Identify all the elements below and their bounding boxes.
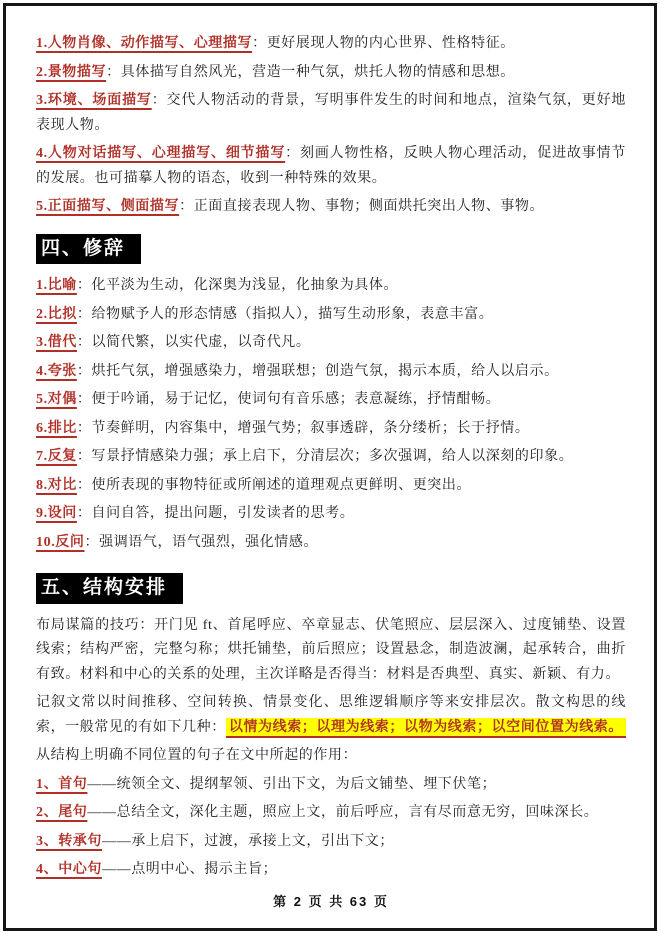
item-text: ：具体描写自然风光，营造一种气氛，烘托人物的情感和思想。 [106,65,515,80]
rhetoric-item: 10.反问：强调语气，语气强烈，强化情感。 [36,531,626,556]
rhetoric-item: 1.比喻：化平淡为生动，化深奥为浅显，化抽象为具体。 [36,274,626,299]
item-label: 4.人物对话描写、心理描写、细节描写 [36,146,285,161]
description-item: 1.人物肖像、动作描写、心理描写：更好展现人物的内心世界、性格特征。 [36,32,626,57]
description-item: 4.人物对话描写、心理描写、细节描写：刻画人物性格，反映人物心理活动，促进故事情… [36,142,626,191]
item-text: ——点明中心、揭示主旨； [102,862,277,877]
item-label: 2.比拟 [36,307,77,322]
item-label: 3.环境、场面描写 [36,93,152,108]
item-text: ：烘托气氛，增强感染力，增强联想；创造气氛，揭示本质，给人以启示。 [77,364,559,379]
document-page: 1.人物肖像、动作描写、心理描写：更好展现人物的内心世界、性格特征。 2.景物描… [0,0,660,934]
item-label: 9.设问 [36,506,77,521]
item-label: 2.景物描写 [36,65,106,80]
item-label: 1.人物肖像、动作描写、心理描写 [36,36,252,51]
item-text: ：给物赋予人的形态情感（指拟人），描写生动形象，表意丰富。 [77,307,493,322]
position-item: 4、中心句——点明中心、揭示主旨； [36,858,626,883]
item-label: 5.对偶 [36,392,77,407]
item-label: 10.反问 [36,535,85,550]
rhetoric-item: 2.比拟：给物赋予人的形态情感（指拟人），描写生动形象，表意丰富。 [36,303,626,328]
item-text: ：以简代繁，以实代虚，以奇代凡。 [77,335,311,350]
highlighted-text: 以情为线索；以理为线索；以物为线索；以空间位置为线索。 [226,718,626,738]
item-label: 8.对比 [36,478,77,493]
item-text: ：节奏鲜明，内容集中，增强气势；叙事透辟，条分缕析；长于抒情。 [77,421,530,436]
section-heading-row: 五、结构安排 [36,573,626,604]
rhetoric-item: 7.反复：写景抒情感染力强；承上启下，分清层次；多次强调，给人以深刻的印象。 [36,445,626,470]
description-item: 5.正面描写、侧面描写：正面直接表现人物、事物；侧面烘托突出人物、事物。 [36,195,626,220]
item-text: ：正面直接表现人物、事物；侧面烘托突出人物、事物。 [179,199,544,214]
item-label: 3、转承句 [36,834,102,849]
section-heading-row: 四、修辞 [36,234,626,265]
item-text: ：强调语气，语气强烈，强化情感。 [85,535,319,550]
page-border-frame: 1.人物肖像、动作描写、心理描写：更好展现人物的内心世界、性格特征。 2.景物描… [3,3,657,931]
item-label: 2、尾句 [36,805,87,820]
section-heading-structure: 五、结构安排 [36,573,183,604]
page-number-footer: 第 2 页 共 63 页 [36,891,626,918]
section-heading-rhetoric: 四、修辞 [36,234,141,265]
rhetoric-item: 9.设问：自问自答，提出问题，引发读者的思考。 [36,502,626,527]
item-text: ：更好展现人物的内心世界、性格特征。 [252,36,515,51]
rhetoric-item: 3.借代：以简代繁，以实代虚，以奇代凡。 [36,331,626,356]
item-label: 7.反复 [36,449,77,464]
item-text: ：自问自答，提出问题，引发读者的思考。 [77,506,354,521]
item-text: ——承上启下，过渡，承接上文，引出下文； [102,834,394,849]
position-item: 3、转承句——承上启下，过渡，承接上文，引出下文； [36,830,626,855]
item-label: 4、中心句 [36,862,102,877]
item-text: ——总结全文，深化主题，照应上文，前后呼应，言有尽而意无穷，回味深长。 [87,805,598,820]
rhetoric-item: 6.排比：节奏鲜明，内容集中，增强气势；叙事透辟，条分缕析；长于抒情。 [36,417,626,442]
item-text: ：便于吟诵，易于记忆，使词句有音乐感；表意凝练，抒情酣畅。 [77,392,500,407]
item-text: ：写景抒情感染力强；承上启下，分清层次；多次强调，给人以深刻的印象。 [77,449,573,464]
item-text: ——统领全文、提纲挈领、引出下文，为后文铺垫、埋下伏笔； [87,777,496,792]
rhetoric-item: 5.对偶：便于吟诵，易于记忆，使词句有音乐感；表意凝练，抒情酣畅。 [36,388,626,413]
item-label: 5.正面描写、侧面描写 [36,199,179,214]
structure-paragraph: 从结构上明确不同位置的句子在文中所起的作用： [36,744,626,769]
rhetoric-item: 4.夸张：烘托气氛，增强感染力，增强联想；创造气氛，揭示本质，给人以启示。 [36,360,626,385]
rhetoric-item: 8.对比：使所表现的事物特征或所阐述的道理观点更鲜明、更突出。 [36,474,626,499]
item-text: ：使所表现的事物特征或所阐述的道理观点更鲜明、更突出。 [77,478,471,493]
item-label: 1.比喻 [36,278,77,293]
structure-paragraph: 布局谋篇的技巧：开门见 ft、首尾呼应、卒章显志、伏笔照应、层层深入、过度铺垫、… [36,614,626,688]
item-label: 6.排比 [36,421,77,436]
structure-paragraph: 记叙文常以时间推移、空间转换、情景变化、思维逻辑顺序等来安排层次。散文构思的线索… [36,691,626,740]
item-label: 3.借代 [36,335,77,350]
item-text: ：化平淡为生动，化深奥为浅显，化抽象为具体。 [77,278,398,293]
position-item: 2、尾句——总结全文，深化主题，照应上文，前后呼应，言有尽而意无穷，回味深长。 [36,801,626,826]
position-item: 1、首句——统领全文、提纲挈领、引出下文，为后文铺垫、埋下伏笔； [36,773,626,798]
document-body: 1.人物肖像、动作描写、心理描写：更好展现人物的内心世界、性格特征。 2.景物描… [36,32,626,887]
item-label: 1、首句 [36,777,87,792]
description-item: 2.景物描写：具体描写自然风光，营造一种气氛，烘托人物的情感和思想。 [36,61,626,86]
item-label: 4.夸张 [36,364,77,379]
description-item: 3.环境、场面描写：交代人物活动的背景，写明事件发生的时间和地点，渲染气氛，更好… [36,89,626,138]
